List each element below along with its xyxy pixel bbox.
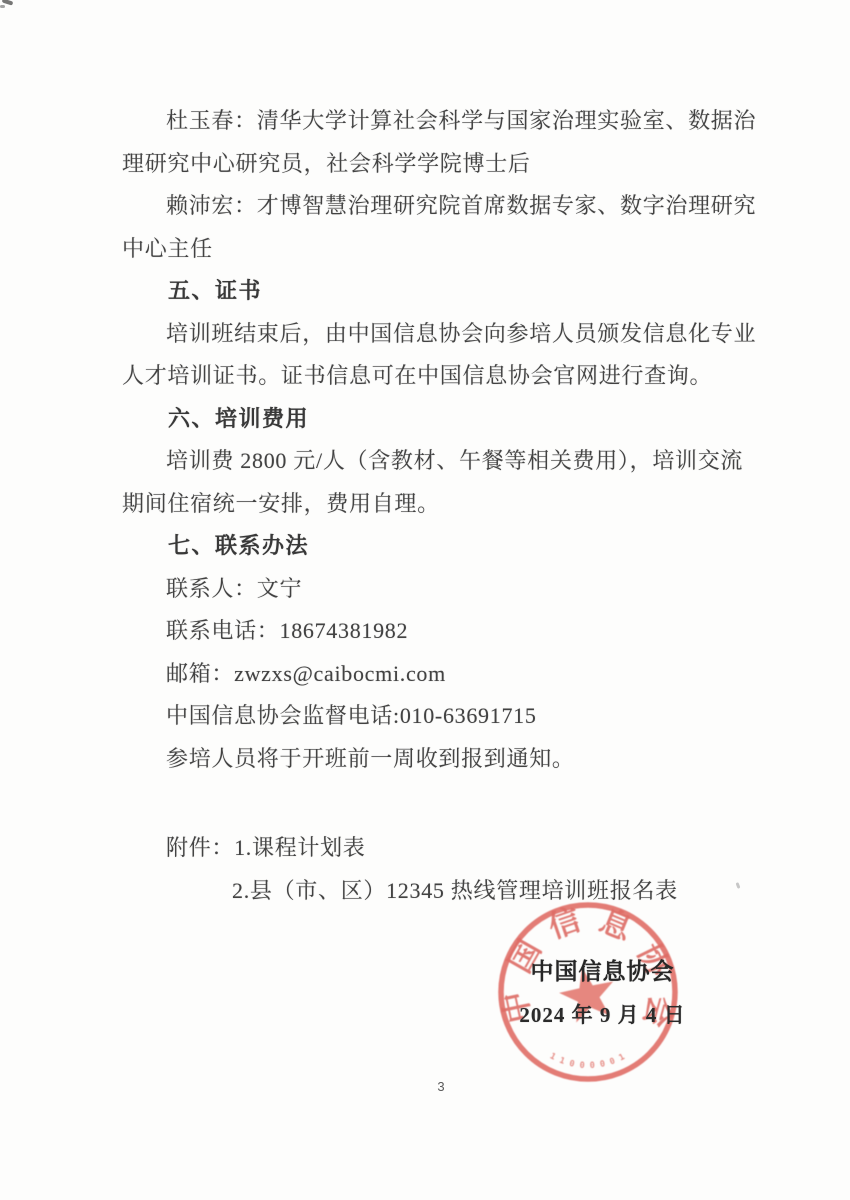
- section-heading: 五、证书: [0, 270, 850, 313]
- document-page: 杜玉春：清华大学计算社会科学与国家治理实验室、数据治理研究中心研究员，社会科学学…: [0, 0, 850, 1200]
- page-number: 3: [420, 1079, 462, 1094]
- signature-org: 中国信息协会: [490, 953, 715, 986]
- text-line: 参培人员将于开班前一周收到报到通知。: [0, 738, 850, 781]
- text-line: 联系人：文宁: [0, 568, 850, 611]
- text-line: 期间住宿统一安排，费用自理。: [0, 483, 850, 526]
- text-line: 中心主任: [0, 228, 850, 271]
- text-line: 邮箱：zwzxs@caibocmi.com: [0, 653, 850, 696]
- text-line: 中国信息协会监督电话:010-63691715: [0, 695, 850, 738]
- section-heading: 六、培训费用: [0, 398, 850, 441]
- scan-artifact: [0, 5, 5, 8]
- text-line: 杜玉春：清华大学计算社会科学与国家治理实验室、数据治: [0, 100, 850, 143]
- official-seal: 中国信息协会 1100000184941: [488, 892, 688, 1092]
- seal-graphic: 中国信息协会 1100000184941: [488, 892, 688, 1092]
- text-line: 培训费 2800 元/人（含教材、午餐等相关费用），培训交流: [0, 440, 850, 483]
- text-line: 培训班结束后，由中国信息协会向参培人员颁发信息化专业: [0, 313, 850, 356]
- text-line: 2.县（市、区）12345 热线管理培训班报名表: [0, 870, 850, 913]
- text-line: 联系电话：18674381982: [0, 610, 850, 653]
- text-line: 人才培训证书。证书信息可在中国信息协会官网进行查询。: [0, 355, 850, 398]
- signature-date: 2024 年 9 月 4 日: [486, 999, 719, 1029]
- text-line: [0, 780, 850, 827]
- section-heading: 七、联系办法: [0, 525, 850, 568]
- text-line: 理研究中心研究员，社会科学学院博士后: [0, 143, 850, 186]
- document-lines: 杜玉春：清华大学计算社会科学与国家治理实验室、数据治理研究中心研究员，社会科学学…: [0, 100, 850, 912]
- text-line: 赖沛宏：才博智慧治理研究院首席数据专家、数字治理研究: [0, 185, 850, 228]
- text-line: 附件：1.课程计划表: [0, 827, 850, 870]
